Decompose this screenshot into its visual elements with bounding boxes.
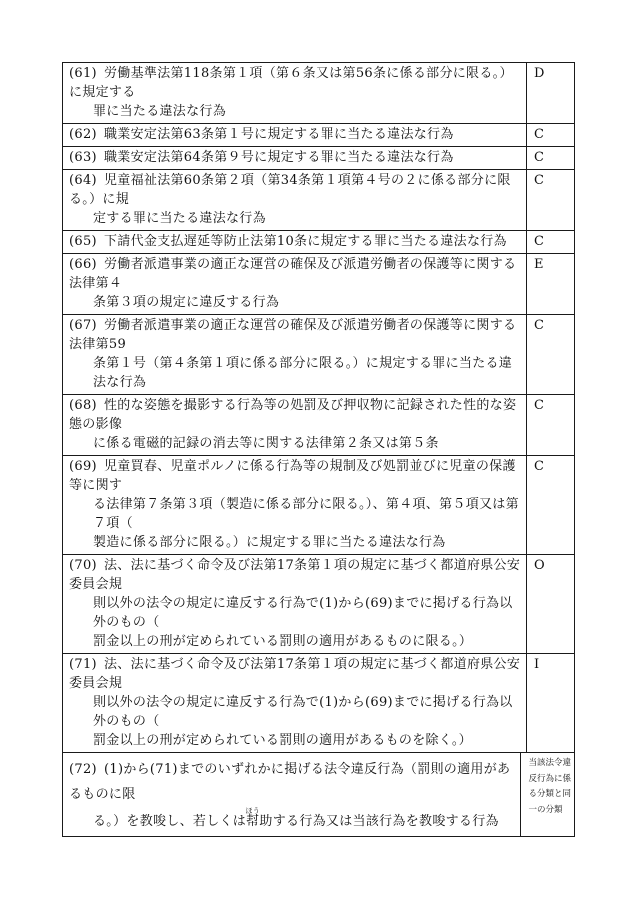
classification-text-line: る分類と同 [528,787,571,803]
violation-text: 労働基準法第118条第１項（第６条又は第56条に係る部分に限る。）に規定する [69,66,513,100]
table-row: (67)労働者派遣事業の適正な運営の確保及び派遣労働者の保護等に関する法律第59… [63,314,574,394]
table-row: (61)労働基準法第118条第１項（第６条又は第56条に係る部分に限る。）に規定… [63,63,574,123]
violation-text: 罪に当たる違法な行為 [93,104,226,119]
violation-description-cell: (66)労働者派遣事業の適正な運営の確保及び派遣労働者の保護等に関する法律第４条… [63,254,526,314]
violation-text: 下請代金支払遅延等防止法第10条に規定する罪に当たる違法な行為 [104,234,507,249]
violation-text: 条第１号（第４条第１項に係る部分に限る。）に規定する罪に当たる違法な行為 [93,356,512,390]
classification-letter: I [534,657,539,672]
violation-text-line: に係る電磁的記録の消去等に関する法律第２条又は第５条 [69,434,521,453]
violation-text-line: 則以外の法令の規定に違反する行為で(1)から(69)までに掲げる行為以外のもの（ [69,594,521,632]
table-row: (66)労働者派遣事業の適正な運営の確保及び派遣労働者の保護等に関する法律第４条… [63,253,574,314]
item-number: (69) [69,457,104,476]
violation-text-line: (68)性的な姿態を撮影する行為等の処罰及び押収物に記録された性的な姿態の影像 [69,396,521,434]
classification-letter: O [534,558,545,573]
classification-cell: C [526,124,574,146]
item-number: (63) [69,148,104,167]
violation-text: (1)から(71)までのいずれかに掲げる法令違反行為（罰則の適用があるものに限 [69,762,510,802]
classification-letter: C [534,318,544,333]
violation-text: 助する行為又は当該行為を教唆する行為 [259,814,498,829]
violation-text-line: (62)職業安定法第63条第１号に規定する罪に当たる違法な行為 [69,125,521,144]
classification-letter: E [534,257,544,272]
violation-text: 定する罪に当たる違法な行為 [93,211,266,226]
violation-text: 法、法に基づく命令及び法第17条第１項の規定に基づく都道府県公安委員会規 [69,657,520,691]
violation-text-line: (61)労働基準法第118条第１項（第６条又は第56条に係る部分に限る。）に規定… [69,64,521,102]
violation-text: 性的な姿態を撮影する行為等の処罰及び押収物に記録された性的な姿態の影像 [69,398,516,432]
table-row: (71)法、法に基づく命令及び法第17条第１項の規定に基づく都道府県公安委員会規… [63,653,574,752]
classification-cell: C [526,395,574,455]
classification-letter: D [534,66,544,81]
violation-description-cell: (64)児童福祉法第60条第２項（第34条第１項第４号の２に係る部分に限る。）に… [63,170,526,230]
classification-cell: E [526,254,574,314]
violation-text: る法律第７条第３項（製造に係る部分に限る。）、第４項、第５項又は第７項（ [93,497,519,531]
violation-text: 児童買春、児童ポルノに係る行為等の規制及び処罰並びに児童の保護等に関す [69,459,516,493]
violation-text-line: (66)労働者派遣事業の適正な運営の確保及び派遣労働者の保護等に関する法律第４ [69,255,521,293]
classification-letter: C [534,150,544,165]
item-number: (72) [69,757,104,782]
violation-text-line: (72)(1)から(71)までのいずれかに掲げる法令違反行為（罰則の適用があるも… [69,757,515,807]
violation-text-line: 条第３項の規定に違反する行為 [69,293,521,312]
violation-description-cell: (71)法、法に基づく命令及び法第17条第１項の規定に基づく都道府県公安委員会規… [63,654,526,752]
classification-letter: C [534,459,544,474]
item-number: (61) [69,64,104,83]
violation-text: 製造に係る部分に限る。）に規定する罪に当たる違法な行為 [93,535,446,550]
violation-text-line: 製造に係る部分に限る。）に規定する罪に当たる違法な行為 [69,533,521,552]
violation-text-line: (64)児童福祉法第60条第２項（第34条第１項第４号の２に係る部分に限る。）に… [69,171,521,209]
classification-letter: C [534,173,544,188]
violation-text-line: 定する罪に当たる違法な行為 [69,209,521,228]
violation-description-cell: (61)労働基準法第118条第１項（第６条又は第56条に係る部分に限る。）に規定… [63,63,526,123]
violation-text-line: (70)法、法に基づく命令及び法第17条第１項の規定に基づく都道府県公安委員会規 [69,556,521,594]
violation-text-line: (65)下請代金支払遅延等防止法第10条に規定する罪に当たる違法な行為 [69,232,521,251]
violation-text: 児童福祉法第60条第２項（第34条第１項第４号の２に係る部分に限る。）に規 [69,173,511,207]
violation-text-line: 罰金以上の刑が定められている罰則の適用があるものを除く。） [69,731,521,750]
violation-description-cell: (67)労働者派遣事業の適正な運営の確保及び派遣労働者の保護等に関する法律第59… [63,315,526,394]
violation-classification-table: (61)労働基準法第118条第１項（第６条又は第56条に係る部分に限る。）に規定… [62,62,575,837]
classification-letter: C [534,398,544,413]
violation-description-cell: (62)職業安定法第63条第１号に規定する罪に当たる違法な行為 [63,124,526,146]
ruby-reading: ほう [245,807,260,815]
classification-cell: C [526,315,574,394]
violation-text: 職業安定法第63条第１号に規定する罪に当たる違法な行為 [104,127,454,142]
table-row: (68)性的な姿態を撮影する行為等の処罰及び押収物に記録された性的な姿態の影像に… [63,394,574,455]
table-row: (69)児童買春、児童ポルノに係る行為等の規制及び処罰並びに児童の保護等に関する… [63,455,574,554]
classification-cell: C [526,147,574,169]
table-row: (72)(1)から(71)までのいずれかに掲げる法令違反行為（罰則の適用があるも… [63,752,574,836]
classification-cell: C [526,456,574,554]
item-number: (62) [69,125,104,144]
table-row: (64)児童福祉法第60条第２項（第34条第１項第４号の２に係る部分に限る。）に… [63,169,574,230]
item-number: (64) [69,171,104,190]
violation-text: 条第３項の規定に違反する行為 [93,295,279,310]
violation-text-line: 罰金以上の刑が定められている罰則の適用があるものに限る。） [69,632,521,651]
classification-text-line: 反行為に係 [528,772,571,788]
violation-description-cell: (69)児童買春、児童ポルノに係る行為等の規制及び処罰並びに児童の保護等に関する… [63,456,526,554]
classification-text-line: 一の分類 [528,803,571,819]
classification-cell: D [526,63,574,123]
violation-text-line: 則以外の法令の規定に違反する行為で(1)から(69)までに掲げる行為以外のもの（ [69,693,521,731]
table-row: (70)法、法に基づく命令及び法第17条第１項の規定に基づく都道府県公安委員会規… [63,554,574,653]
violation-text: 職業安定法第64条第９号に規定する罪に当たる違法な行為 [104,150,454,165]
ruby-annotated-text: 幇ほう [246,814,259,829]
item-number: (66) [69,255,104,274]
violation-text-line: (71)法、法に基づく命令及び法第17条第１項の規定に基づく都道府県公安委員会規 [69,655,521,693]
classification-cell: O [526,555,574,653]
item-number: (65) [69,232,104,251]
table-row: (63)職業安定法第64条第９号に規定する罪に当たる違法な行為 C [63,146,574,169]
classification-letter: C [534,127,544,142]
violation-text: 罰金以上の刑が定められている罰則の適用があるものに限る。） [93,634,472,649]
item-number: (68) [69,396,104,415]
violation-text-line: る。）を教唆し、若しくは幇ほう助する行為又は当該行為を教唆する行為 [69,807,515,834]
violation-text-line: (69)児童買春、児童ポルノに係る行為等の規制及び処罰並びに児童の保護等に関す [69,457,521,495]
violation-text: 労働者派遣事業の適正な運営の確保及び派遣労働者の保護等に関する法律第４ [69,257,516,291]
violation-text: る。）を教唆し、若しくは [93,814,246,829]
classification-cell: I [526,654,574,752]
violation-description-cell: (70)法、法に基づく命令及び法第17条第１項の規定に基づく都道府県公安委員会規… [63,555,526,653]
violation-text-line: る法律第７条第３項（製造に係る部分に限る。）、第４項、第５項又は第７項（ [69,495,521,533]
table-row: (65)下請代金支払遅延等防止法第10条に規定する罪に当たる違法な行為 C [63,230,574,253]
violation-description-cell: (72)(1)から(71)までのいずれかに掲げる法令違反行為（罰則の適用があるも… [63,753,520,836]
item-number: (67) [69,316,104,335]
violation-text-line: (63)職業安定法第64条第９号に規定する罪に当たる違法な行為 [69,148,521,167]
violation-text: 法、法に基づく命令及び法第17条第１項の規定に基づく都道府県公安委員会規 [69,558,520,592]
violation-text-line: (67)労働者派遣事業の適正な運営の確保及び派遣労働者の保護等に関する法律第59 [69,316,521,354]
violation-text: 労働者派遣事業の適正な運営の確保及び派遣労働者の保護等に関する法律第59 [69,318,516,352]
violation-text: 則以外の法令の規定に違反する行為で(1)から(69)までに掲げる行為以外のもの（ [93,695,513,729]
classification-cell: 当該法令違反行為に係る分類と同一の分類 [520,753,574,836]
classification-text-line: 当該法令違 [528,756,571,772]
violation-text: に係る電磁的記録の消去等に関する法律第２条又は第５条 [93,436,439,451]
violation-description-cell: (65)下請代金支払遅延等防止法第10条に規定する罪に当たる違法な行為 [63,231,526,253]
violation-description-cell: (68)性的な姿態を撮影する行為等の処罰及び押収物に記録された性的な姿態の影像に… [63,395,526,455]
item-number: (71) [69,655,104,674]
classification-cell: C [526,170,574,230]
violation-description-cell: (63)職業安定法第64条第９号に規定する罪に当たる違法な行為 [63,147,526,169]
document-page: (61)労働基準法第118条第１項（第６条又は第56条に係る部分に限る。）に規定… [0,0,630,903]
item-number: (70) [69,556,104,575]
violation-text: 罰金以上の刑が定められている罰則の適用があるものを除く。） [93,733,472,748]
violation-text-line: 罪に当たる違法な行為 [69,102,521,121]
classification-cell: C [526,231,574,253]
violation-text-line: 条第１号（第４条第１項に係る部分に限る。）に規定する罪に当たる違法な行為 [69,354,521,392]
violation-text: 則以外の法令の規定に違反する行為で(1)から(69)までに掲げる行為以外のもの（ [93,596,513,630]
table-row: (62)職業安定法第63条第１号に規定する罪に当たる違法な行為 C [63,123,574,146]
classification-letter: C [534,234,544,249]
